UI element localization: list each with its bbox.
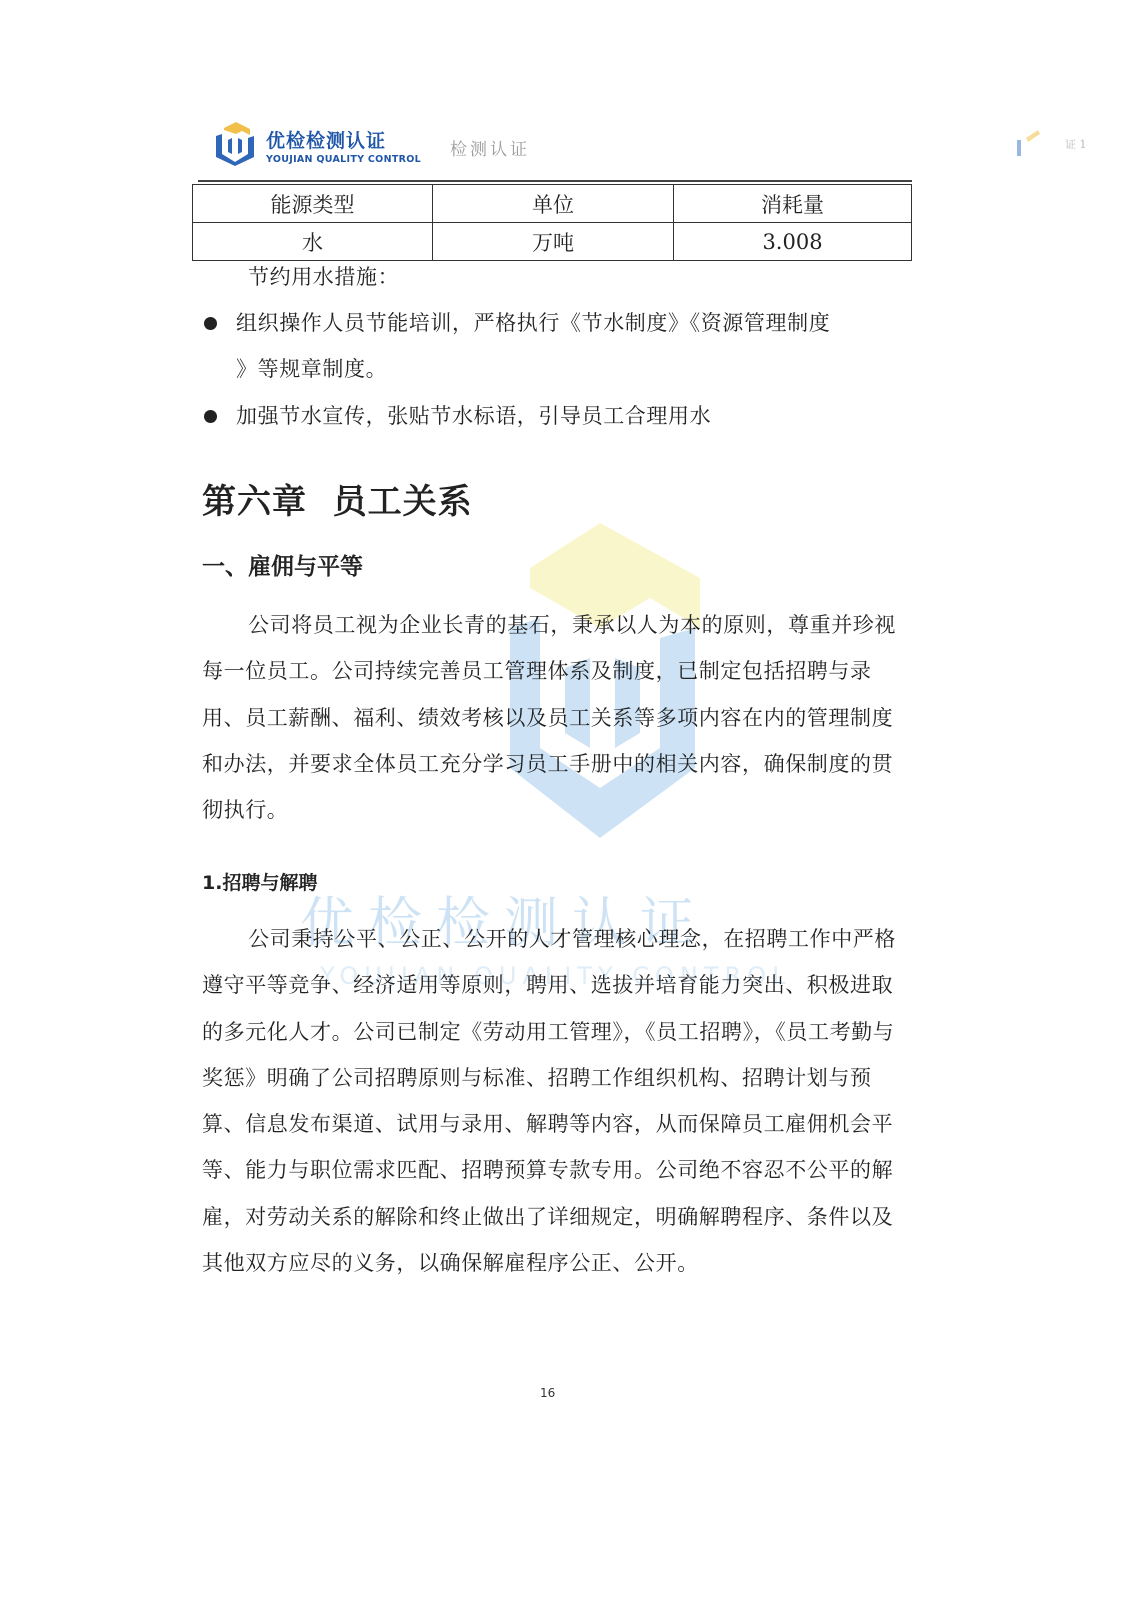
page-number: 16 <box>540 1386 555 1400</box>
water-saving-title: 节约用水措施： <box>248 254 948 300</box>
brand-name-cn: 优检检测认证 <box>266 126 386 153</box>
energy-consumption-table: 能源类型 单位 消耗量 水 万吨 3.008 <box>192 184 912 261</box>
table-header-row: 能源类型 单位 消耗量 <box>193 185 912 223</box>
bullet-text-cont: 》等规章制度。 <box>236 346 904 392</box>
bleed-through-text: 检测认证 <box>450 135 530 160</box>
brand-name-en: YOUJIAN QUALITY CONTROL <box>266 154 421 165</box>
bullet-dot-icon <box>204 317 217 330</box>
column-header: 单位 <box>433 185 674 223</box>
header-rule <box>198 180 912 182</box>
bullet-text: 组织操作人员节能培训，严格执行《节水制度》《资源管理制度 <box>236 300 904 346</box>
subsection-paragraph: 公司秉持公平、公正、公开的人才管理核心理念，在招聘工作中严格遵守平等竞争、经济适… <box>202 916 902 1286</box>
brand-logo-icon <box>212 120 258 166</box>
subsection-title: 1.招聘与解聘 <box>202 868 317 895</box>
bullet-dot-icon <box>204 410 217 423</box>
bullet-text: 加强节水宣传，张贴节水标语，引导员工合理用水 <box>236 393 904 439</box>
column-header: 消耗量 <box>674 185 912 223</box>
bleed-through-right-text: 证 1 <box>1065 136 1087 152</box>
column-header: 能源类型 <box>193 185 433 223</box>
chapter-title: 第六章 员工关系 <box>202 474 473 523</box>
section-paragraph: 公司将员工视为企业长青的基石，秉承以人为本的原则，尊重并珍视每一位员工。公司持续… <box>202 602 902 833</box>
section-title: 一、雇佣与平等 <box>202 548 363 581</box>
